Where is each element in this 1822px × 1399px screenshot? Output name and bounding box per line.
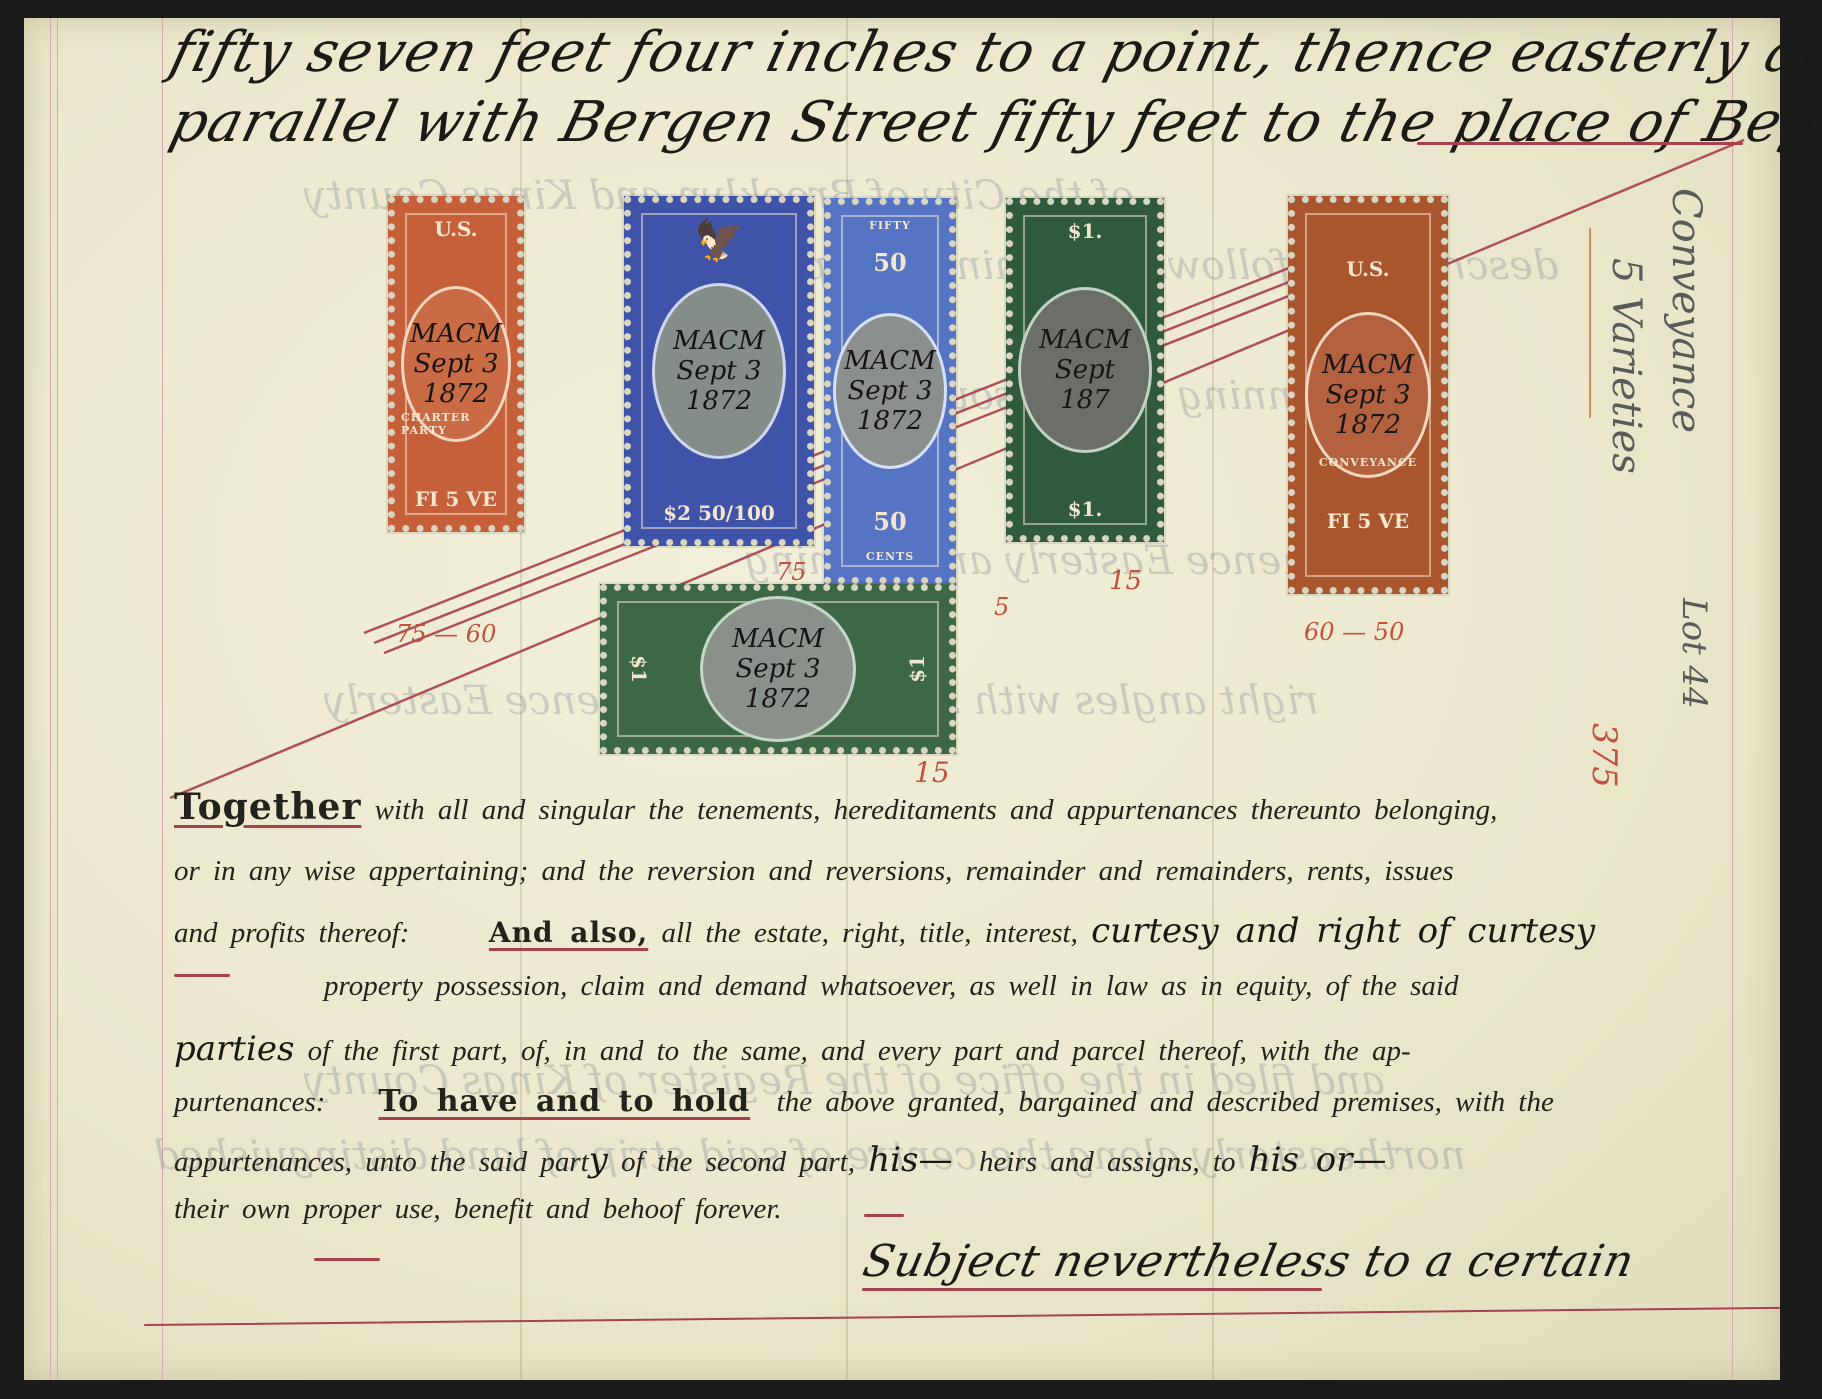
pencil-note-lot: Lot 44 <box>1674 598 1714 709</box>
revenue-stamp-one-dollar-horizontal: $1 MACMSept 31872 $1 <box>600 584 956 754</box>
stamp-value-note: 5 <box>994 593 1009 621</box>
deed-line-3: and profits thereof: And also, all the e… <box>174 911 1595 951</box>
deed-line-1: Together with all and singular the tenem… <box>174 786 1497 828</box>
handwritten-subject-clause: Subject nevertheless to a certain <box>859 1236 1640 1287</box>
stamp-value-note: 75 — 60 <box>396 620 496 648</box>
manuscript-cancel: MACMSept 31872 <box>732 624 824 714</box>
manuscript-cancel: MACMSept 31872 <box>410 319 502 409</box>
end-dash <box>864 1214 904 1217</box>
red-margin-stroke <box>1589 228 1591 418</box>
revenue-stamp-five-dollar-conveyance: U.S. MACMSept 31872 CONVEYANCE FI 5 VE <box>1288 196 1448 594</box>
heading-to-have-and-to-hold: To have and to hold <box>378 1084 750 1119</box>
stamp-value-note: 60 — 50 <box>1304 618 1404 646</box>
deed-line-8: their own proper use, benefit and behoof… <box>174 1193 782 1226</box>
manuscript-cancel: MACMSept187 <box>1039 325 1131 415</box>
deed-line-2: or in any wise appertaining; and the rev… <box>174 855 1454 888</box>
subject-underline <box>862 1288 1322 1291</box>
revenue-stamp-one-dollar-vertical: $1. MACMSept187 $1. <box>1006 198 1164 542</box>
stamp-value-note: 75 <box>776 558 807 586</box>
deed-line-7: appurtenances, unto the said party of th… <box>174 1140 1386 1180</box>
eagle-icon: 🦅 <box>694 217 744 264</box>
revenue-stamp-five-dollar-charter-party: U.S. MACMSept 31872 CHARTER PARTY FI 5 V… <box>388 196 524 532</box>
revenue-stamp-fifty-cent: FIFTY 50 MACMSept 31872 50 CENTS <box>824 198 956 584</box>
handwritten-insert: curtesy and right of curtesy <box>1091 911 1595 951</box>
manuscript-cancel: MACMSept 31872 <box>673 326 765 416</box>
stamp-value-note: 15 <box>914 756 950 789</box>
stamp-value-note: 15 <box>1109 566 1142 596</box>
deed-line-6: purtenances: To have and to hold the abo… <box>174 1084 1554 1119</box>
deed-page: of the City of Brooklyn and Kings County… <box>24 18 1780 1380</box>
pencil-note-varieties: 5 Varieties <box>1603 258 1649 474</box>
deed-line-5: parties of the first part, of, in and to… <box>174 1029 1411 1069</box>
pencil-note-conveyance: Conveyance <box>1663 188 1709 433</box>
deed-line-4: property possession, claim and demand wh… <box>324 970 1458 1003</box>
handwritten-insert: parties <box>174 1029 294 1069</box>
handwritten-insert: his or— <box>1249 1140 1387 1180</box>
heading-together: Together <box>174 786 361 828</box>
red-total-note: 375 <box>1584 723 1624 788</box>
blank-dash <box>314 1258 380 1261</box>
manuscript-cancel: MACMSept 31872 <box>1322 350 1414 440</box>
blank-dash <box>174 974 230 977</box>
heading-and-also: And also, <box>489 916 648 949</box>
manuscript-cancel: MACMSept 31872 <box>844 346 936 436</box>
revenue-stamp-two-fifty-dollar: 🦅 MACMSept 31872 $2 50/100 <box>624 196 814 546</box>
handwritten-insert: his— <box>868 1140 952 1180</box>
